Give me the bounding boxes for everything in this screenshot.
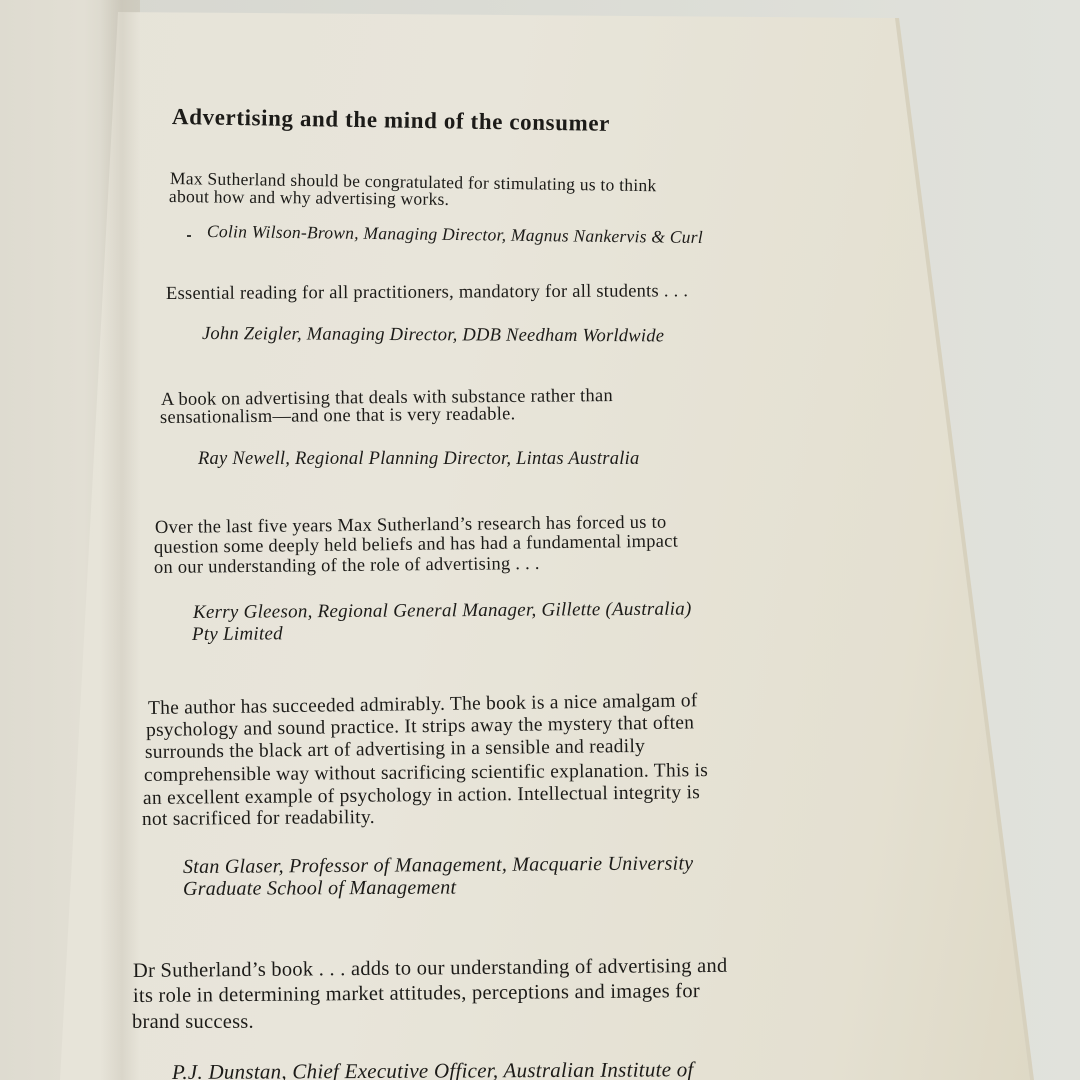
testimonial-3-quote-line-2: sensationalism—and one that is very read… <box>160 404 516 428</box>
testimonial-6-quote-line-1: Dr Sutherland’s book . . . adds to our u… <box>133 956 728 981</box>
testimonial-5-attribution-line-2: Graduate School of Management <box>183 877 456 900</box>
testimonial-2-attribution: John Zeigler, Managing Director, DDB Nee… <box>202 323 664 347</box>
gutter-shadow <box>100 0 140 1080</box>
testimonial-6-attribution: P.J. Dunstan, Chief Executive Officer, A… <box>172 1058 694 1080</box>
testimonial-4-attribution-line-1: Kerry Gleeson, Regional General Manager,… <box>193 599 692 624</box>
testimonial-4-attribution-line-2: Pty Limited <box>192 623 283 646</box>
testimonial-5-quote-line-6: not sacrificed for readability. <box>142 808 375 830</box>
testimonial-6-quote-line-2: its role in determining market attitudes… <box>133 981 700 1006</box>
testimonial-5-attribution-line-1: Stan Glaser, Professor of Management, Ma… <box>183 852 694 878</box>
testimonial-4-quote-line-3: on our understanding of the role of adve… <box>154 554 540 578</box>
testimonial-1-quote-line-2: about how and why advertising works. <box>169 186 449 209</box>
testimonial-3-attribution: Ray Newell, Regional Planning Director, … <box>198 448 640 470</box>
testimonial-6-quote-line-3: brand success. <box>132 1012 254 1032</box>
stray-mark <box>187 235 191 237</box>
testimonial-2-quote-line-1: Essential reading for all practitioners,… <box>166 281 688 304</box>
